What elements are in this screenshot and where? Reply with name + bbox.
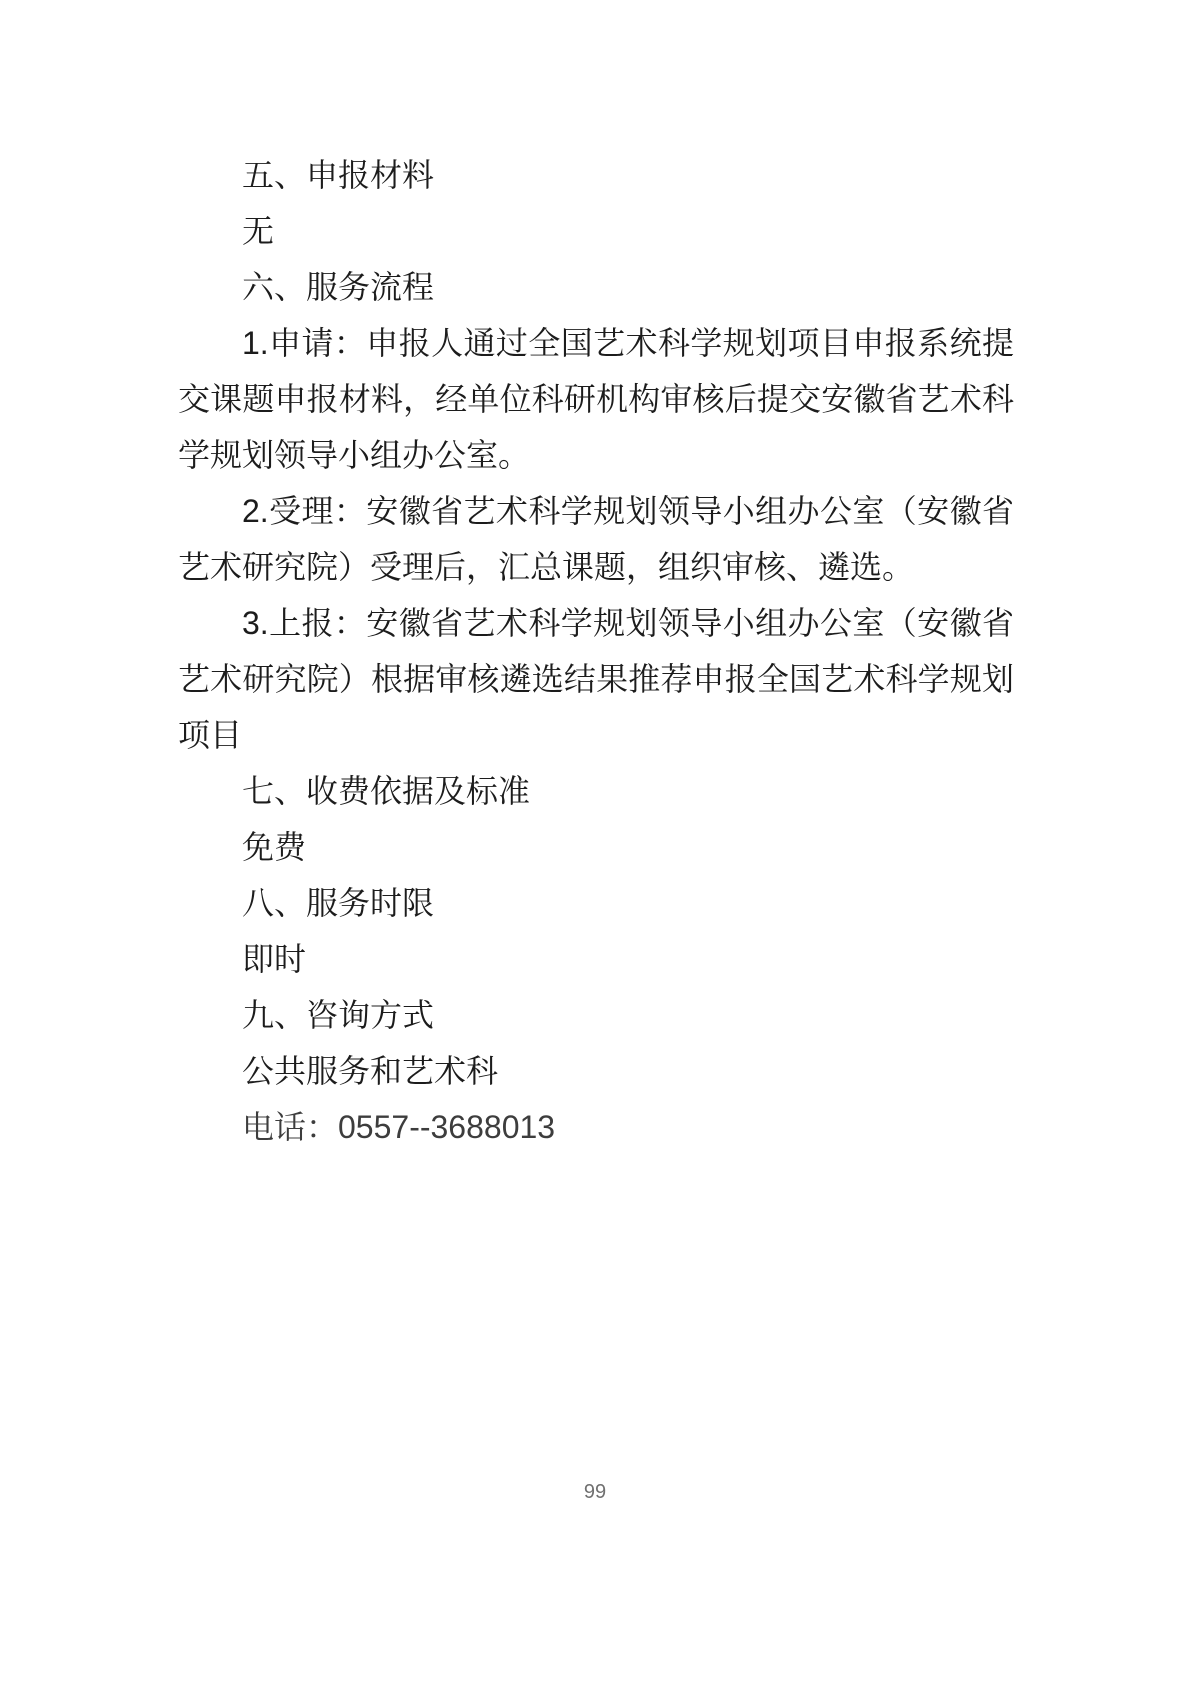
paragraph: 3.上报：安徽省艺术科学规划领导小组办公室（安徽省艺术研究院）根据审核遴选结果推… — [178, 595, 1014, 763]
paragraph: 无 — [178, 203, 1014, 259]
paragraph: 即时 — [178, 931, 1014, 987]
paragraph: 2.受理：安徽省艺术科学规划领导小组办公室（安徽省艺术研究院）受理后，汇总课题，… — [178, 483, 1014, 595]
paragraph: 电话：0557--3688013 — [178, 1099, 1014, 1155]
document-page: 五、申报材料无六、服务流程1.申请：申报人通过全国艺术科学规划项目申报系统提交课… — [0, 0, 1190, 1683]
paragraph: 九、咨询方式 — [178, 987, 1014, 1043]
paragraph: 1.申请：申报人通过全国艺术科学规划项目申报系统提交课题申报材料，经单位科研机构… — [178, 315, 1014, 483]
document-body: 五、申报材料无六、服务流程1.申请：申报人通过全国艺术科学规划项目申报系统提交课… — [178, 147, 1014, 1155]
paragraph: 八、服务时限 — [178, 875, 1014, 931]
paragraph: 七、收费依据及标准 — [178, 763, 1014, 819]
paragraph: 免费 — [178, 819, 1014, 875]
page-number: 99 — [0, 1479, 1190, 1505]
paragraph: 五、申报材料 — [178, 147, 1014, 203]
paragraph: 六、服务流程 — [178, 259, 1014, 315]
paragraph: 公共服务和艺术科 — [178, 1043, 1014, 1099]
